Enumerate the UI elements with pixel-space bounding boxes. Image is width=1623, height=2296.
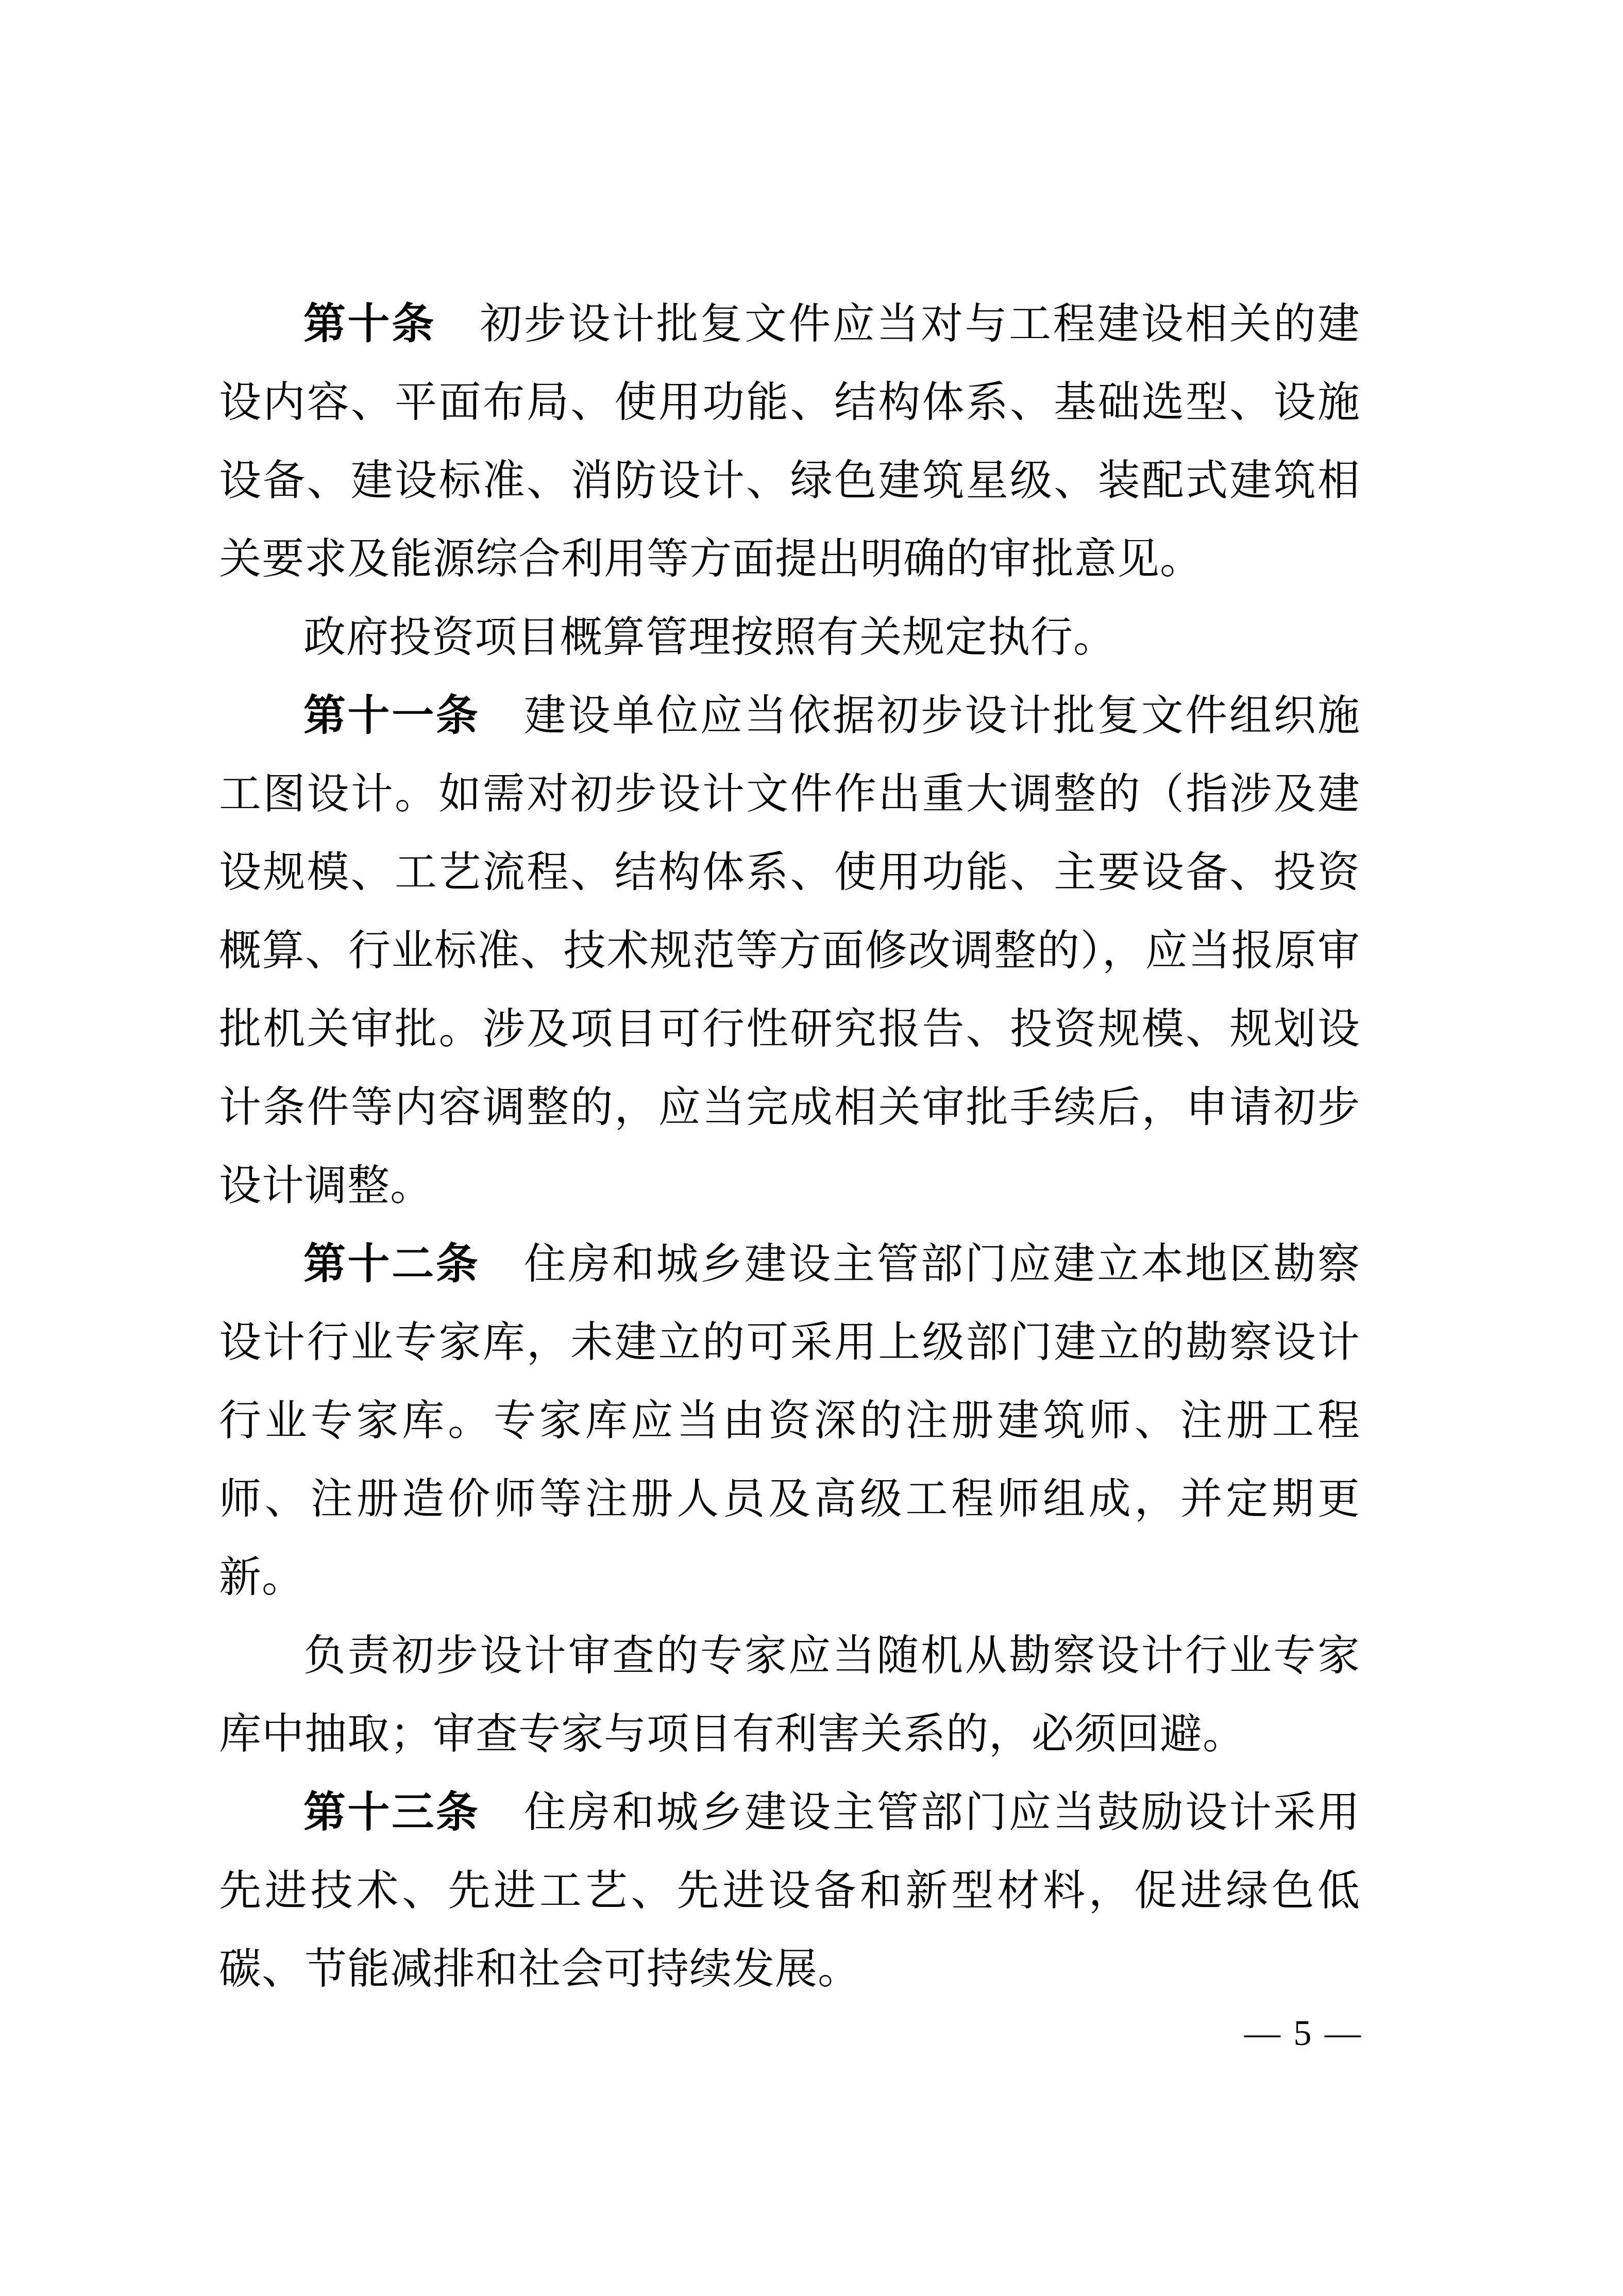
article-12-heading: 第十二条	[303, 1241, 480, 1287]
article-13-heading: 第十三条	[303, 1789, 480, 1836]
article-12-text: 住房和城乡建设主管部门应建立本地区勘察设计行业专家库，未建立的可采用上级部门建立…	[219, 1241, 1360, 1601]
document-page: 第十条 初步设计批复文件应当对与工程建设相关的建设内容、平面布局、使用功能、结构…	[0, 0, 1623, 2296]
page-footer: — 5 —	[1216, 2013, 1391, 2054]
paragraph-article-11: 第十一条 建设单位应当依据初步设计批复文件组织施工图设计。如需对初步设计文件作出…	[219, 677, 1360, 1225]
paragraph-article-12: 第十二条 住房和城乡建设主管部门应建立本地区勘察设计行业专家库，未建立的可采用上…	[219, 1225, 1360, 1617]
paragraph-expert-review-text: 负责初步设计审查的专家应当随机从勘察设计行业专家库中抽取；审查专家与项目有利害关…	[219, 1632, 1360, 1757]
paragraph-budget-note: 政府投资项目概算管理按照有关规定执行。	[219, 598, 1360, 677]
paragraph-expert-review: 负责初步设计审查的专家应当随机从勘察设计行业专家库中抽取；审查专家与项目有利害关…	[219, 1617, 1360, 1773]
page-number: — 5 —	[1244, 2014, 1363, 2053]
article-11-heading: 第十一条	[303, 692, 480, 739]
paragraph-budget-text: 政府投资项目概算管理按照有关规定执行。	[303, 614, 1116, 661]
article-11-text: 建设单位应当依据初步设计批复文件组织施工图设计。如需对初步设计文件作出重大调整的…	[219, 692, 1360, 1209]
article-10-heading: 第十条	[303, 300, 436, 347]
paragraph-article-13: 第十三条 住房和城乡建设主管部门应当鼓励设计采用先进技术、先进工艺、先进设备和新…	[219, 1773, 1360, 2008]
document-body: 第十条 初步设计批复文件应当对与工程建设相关的建设内容、平面布局、使用功能、结构…	[219, 285, 1360, 2008]
paragraph-article-10: 第十条 初步设计批复文件应当对与工程建设相关的建设内容、平面布局、使用功能、结构…	[219, 285, 1360, 598]
